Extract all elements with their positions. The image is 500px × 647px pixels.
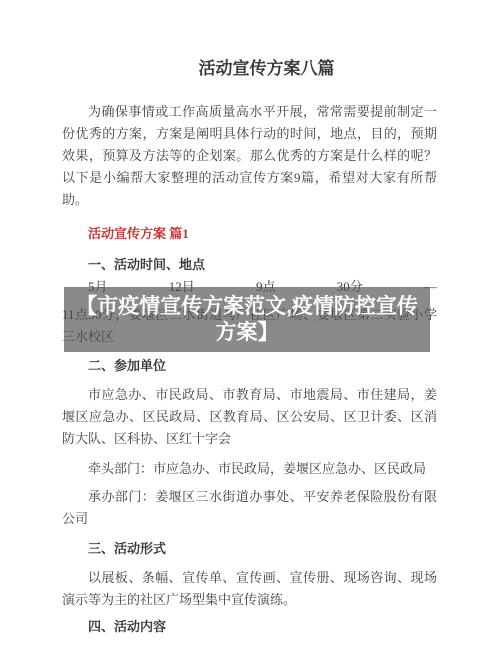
lead-departments-paragraph: 牵头部门：市应急办、市民政局，姜堰区应急办、区民政局 [62, 458, 437, 480]
watermark-overlay: 【市疫情宣传方案范文,疫情防控宣传 方案】 [64, 287, 430, 352]
section-heading-1: 一、活动时间、地点 [62, 254, 437, 276]
organizer-departments-paragraph: 承办部门：姜堰区三水街道办事处、平安养老保险股份有限公司 [62, 486, 437, 530]
section-heading-4: 四、活动内容 [62, 616, 437, 638]
activity-form-paragraph: 以展板、条幅、宣传单、宣传画、宣传册、现场咨询、现场演示等为主的社区广场型集中宣… [62, 567, 437, 611]
document-page: 活动宣传方案八篇 为确保事情或工作高质量高水平开展，常常需要提前制定一份优秀的方… [0, 0, 500, 647]
watermark-text-line-1: 【市疫情宣传方案范文,疫情防控宣传 [76, 294, 418, 320]
intro-paragraph: 为确保事情或工作高质量高水平开展，常常需要提前制定一份优秀的方案，方案是阐明具体… [62, 101, 437, 211]
section-heading-3: 三、活动形式 [62, 538, 437, 560]
page-title: 活动宣传方案八篇 [62, 57, 437, 81]
section-heading-2: 二、参加单位 [62, 355, 437, 377]
watermark-text-line-2: 方案】 [216, 320, 279, 346]
participants-paragraph: 市应急办、市民政局、市教育局、市地震局、市住建局，姜堰区应急办、区民政局、区教育… [62, 384, 437, 450]
chapter-heading: 活动宣传方案 篇1 [62, 223, 437, 245]
